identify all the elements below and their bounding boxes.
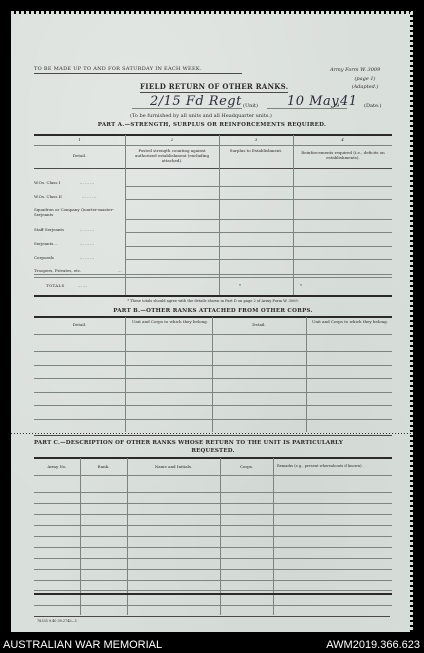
perforation-line [11, 433, 413, 434]
row-label-cqms: Squadron or Company Quarter-master-Serje… [34, 207, 126, 217]
totals-mark-reinforcements: * [300, 283, 302, 288]
part-b-top-rule [34, 316, 392, 318]
row-label-wo-class-2: W.Os. Class II [34, 194, 62, 199]
institution-label: AUSTRALIAN WAR MEMORIAL [3, 639, 162, 651]
part-c-row-rule [34, 547, 392, 548]
part-c-row-rule [34, 605, 392, 606]
part-a-header-detail: Detail. [34, 153, 125, 158]
part-b-vline-1 [125, 317, 126, 432]
row-label-serjeants: Serjeants... [34, 241, 57, 246]
leader-dots: ... ... ... [82, 194, 96, 199]
part-b-title: PART B.—OTHER RANKS ATTACHED FROM OTHER … [34, 308, 392, 314]
part-c-row-rule [34, 492, 392, 493]
part-c-header-corps: Corps. [220, 464, 273, 469]
part-c-header-name: Name and Initials. [127, 464, 220, 469]
col-number-rule [34, 145, 392, 146]
totals-mark-surplus: * [239, 283, 241, 288]
part-b-header-rule [34, 334, 392, 335]
leader-dots: ... ... ... [80, 227, 94, 232]
date-year-prefix: 19 [333, 103, 339, 109]
date-year-handwritten[interactable]: 41 [340, 94, 358, 109]
leader-dots: ... ... ... [80, 241, 94, 246]
leader-dots: ... ... ... [80, 255, 94, 260]
part-a-header-reinforcements: Reinforcements required (i.e., deficits … [298, 150, 388, 160]
part-b-row-rule [34, 392, 392, 393]
form-adapted: (Adapted.) [345, 84, 385, 90]
row-rule [125, 246, 392, 247]
row-rule [125, 259, 392, 260]
instruction-underline [34, 73, 242, 74]
form-title: FIELD RETURN OF OTHER RANKS. [140, 82, 289, 91]
col-number-2: 2 [125, 137, 219, 142]
part-a-header-posted-strength: Posted strength counting against authori… [130, 148, 214, 163]
part-b-header-detail-2: Detail. [212, 322, 306, 327]
form-page: (page 1) [345, 76, 385, 82]
part-c-header-rule [34, 475, 392, 476]
print-code: 78335 9.40 39.2745—1 [37, 619, 77, 623]
part-a-bottom-rule [34, 295, 392, 297]
part-c-row-rule [34, 580, 392, 581]
part-a-top-rule [34, 134, 392, 136]
part-b-row-rule [34, 351, 392, 352]
row-rule [125, 186, 392, 187]
part-a-header-surplus: Surplus to Establishment. [224, 148, 288, 153]
part-a-header-rule [34, 168, 392, 169]
leader-dots: ... [118, 268, 122, 273]
part-b-header-unit-2: Unit and Corps to which they belong. [308, 319, 392, 324]
part-b-header-detail-1: Detail. [34, 322, 125, 327]
row-label-corporals: Corporals [34, 255, 54, 260]
row-label-troopers: Troopers, Privates, etc. [34, 268, 81, 273]
col-number-4: 4 [293, 137, 392, 142]
part-c-title-line1: PART C.—DESCRIPTION OF OTHER RANKS WHOSE… [34, 440, 392, 446]
part-c-row-rule [34, 503, 392, 504]
instruction-text: TO BE MADE UP TO AND FOR SATURDAY IN EAC… [34, 66, 202, 72]
row-rule [34, 277, 392, 278]
row-rule [125, 199, 392, 200]
date-label: (Date.) [364, 103, 381, 109]
perforated-edge-top [11, 11, 413, 14]
part-a-vline-2 [219, 135, 220, 295]
col-number-3: 3 [219, 137, 293, 142]
part-c-header-remarks: Remarks (e.g., present whereabouts if kn… [277, 464, 392, 468]
part-a-footnote: * These totals should agree with the det… [34, 299, 392, 303]
part-c-title-line2: REQUESTED. [34, 448, 392, 454]
part-c-row-rule [34, 558, 392, 559]
part-b-row-rule [34, 405, 392, 406]
part-c-header-rank: Rank. [80, 464, 127, 469]
part-b-row-rule [34, 365, 392, 366]
row-label-staff-serjeants: Staff Serjeants [34, 227, 64, 232]
furnish-note: (To be furnished by all units and all He… [130, 113, 272, 119]
part-b-header-unit-1: Unit and Corps to which they belong. [128, 319, 212, 324]
row-label-wo-class-1: W.Os. Class I [34, 180, 60, 185]
leader-dots: ... ... ... [80, 180, 94, 185]
part-c-separator-rule [34, 593, 392, 595]
part-c-row-rule [34, 569, 392, 570]
part-c-row-rule [34, 536, 392, 537]
perforated-edge-right [410, 12, 413, 632]
date-handwritten[interactable]: 10 May [287, 94, 339, 109]
unit-label: (Unit) [243, 103, 258, 109]
part-a-vline-3 [293, 135, 294, 295]
part-b-bottom-rule [34, 435, 392, 436]
part-b-vline-3 [306, 317, 307, 432]
title-underline [140, 92, 288, 93]
part-c-top-rule [34, 457, 392, 459]
col-number-1: 1 [34, 137, 125, 142]
form-reference: Army Form W. 3009 [330, 67, 380, 73]
totals-label: TOTALS [46, 283, 64, 288]
part-c-row-rule [34, 525, 392, 526]
part-b-row-rule [34, 378, 392, 379]
part-a-title: PART A.—STRENGTH, SURPLUS OR REINFORCEME… [34, 122, 390, 128]
part-c-header-army-no: Army No. [34, 464, 80, 469]
accession-number: AWM2019.366.623 [326, 639, 420, 651]
part-b-vline-2 [212, 317, 213, 432]
totals-dots: ... ... [78, 283, 87, 288]
row-rule [125, 232, 392, 233]
part-b-row-rule [34, 419, 392, 420]
row-rule [125, 219, 392, 220]
part-c-row-rule [34, 514, 392, 515]
unit-handwritten[interactable]: 2/15 Fd Regt [150, 94, 242, 109]
part-c-bottom-rule [34, 616, 390, 617]
part-c-row-rule [34, 590, 392, 591]
row-rule [34, 274, 392, 275]
